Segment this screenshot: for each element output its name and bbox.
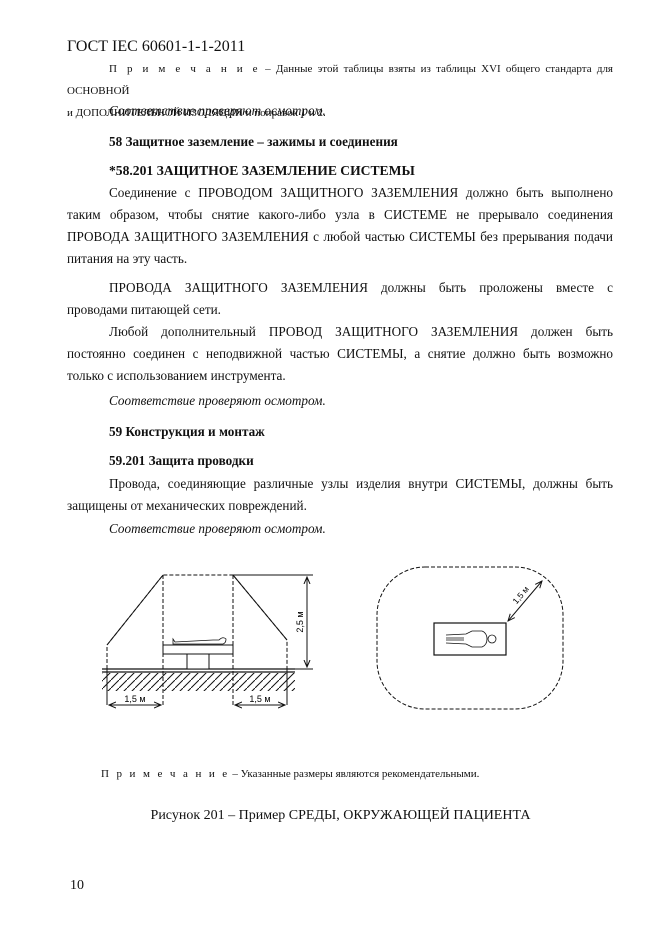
para-line: ПРОВОДА ЗАЩИТНОГО ЗАЗЕМЛЕНИЯ должны быть… <box>67 277 613 299</box>
table-note-line-1: П р и м е ч а н и е – Данные этой таблиц… <box>67 58 613 102</box>
right-width-label: 1,5 м <box>249 694 270 704</box>
para-line: проводами питающей сети. <box>67 299 613 321</box>
section-58-title: 58 Защитное заземление – зажимы и соедин… <box>67 131 613 153</box>
section-58-201-para-3: Любой дополнительный ПРОВОД ЗАЩИТНОГО ЗА… <box>67 321 613 387</box>
para-line: только с использованием инструмента. <box>67 365 613 387</box>
figure-caption: Рисунок 201 – Пример СРЕДЫ, ОКРУЖАЮЩЕЙ П… <box>0 808 661 824</box>
para-line: питания на эту часть. <box>67 248 613 270</box>
compliance-statement-1: Соответствие проверяют осмотром. <box>67 100 613 122</box>
para-line: таким образом, чтобы снятие какого-либо … <box>67 204 613 226</box>
section-59-201-title: 59.201 Защита проводки <box>67 450 613 472</box>
note-text: – Указанные размеры являются рекомендате… <box>230 768 480 780</box>
para-line: Провода, соединяющие различные узлы изде… <box>67 473 613 495</box>
section-58-201-para-1: Соединение с ПРОВОДОМ ЗАЩИТНОГО ЗАЗЕМЛЕН… <box>67 182 613 270</box>
section-58-201-para-2: ПРОВОДА ЗАЩИТНОГО ЗАЗЕМЛЕНИЯ должны быть… <box>67 277 613 321</box>
para-line: Соединение с ПРОВОДОМ ЗАЩИТНОГО ЗАЗЕМЛЕН… <box>67 182 613 204</box>
para-line: постоянно соединен с неподвижной частью … <box>67 343 613 365</box>
height-dimension-label: 2,5 м <box>295 611 305 632</box>
section-59-title: 59 Конструкция и монтаж <box>67 421 613 443</box>
note-label: П р и м е ч а н и е <box>101 768 230 780</box>
page-number: 10 <box>70 878 84 894</box>
left-width-label: 1,5 м <box>124 694 145 704</box>
figure-note: П р и м е ч а н и е – Указанные размеры … <box>101 763 479 785</box>
section-58-201-title: *58.201 ЗАЩИТНОЕ ЗАЗЕМЛЕНИЕ СИСТЕМЫ <box>67 160 613 182</box>
radius-label: 1,5 м <box>510 584 531 606</box>
para-line: защищены от механических повреждений. <box>67 495 613 517</box>
para-line: ПРОВОДА ЗАЩИТНОГО ЗАЗЕМЛЕНИЯ с любой час… <box>67 226 613 248</box>
para-line: Любой дополнительный ПРОВОД ЗАЩИТНОГО ЗА… <box>67 321 613 343</box>
figure-side-view: 2,5 м 1,5 м 1,5 м <box>95 560 325 720</box>
note-label: П р и м е ч а н и е <box>109 63 260 75</box>
section-59-201-para-1: Провода, соединяющие различные узлы изде… <box>67 473 613 517</box>
compliance-statement-3: Соответствие проверяют осмотром. <box>67 518 613 540</box>
compliance-statement-2: Соответствие проверяют осмотром. <box>67 390 613 412</box>
document-header: ГОСТ IEC 60601-1-1-2011 <box>67 38 245 56</box>
figure-top-view: 1,5 м <box>360 555 580 715</box>
